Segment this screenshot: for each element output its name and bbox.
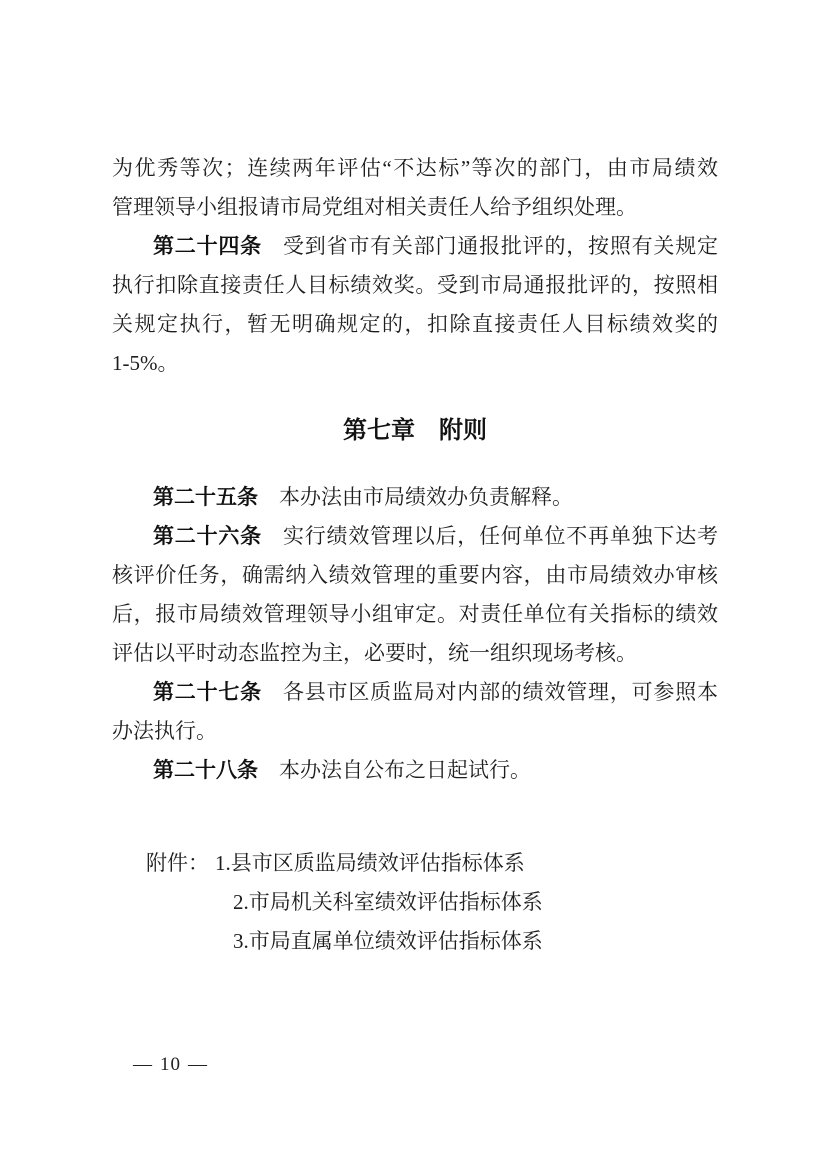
text-line: 管理领导小组报请市局党组对相关责任人给予组织处理。 bbox=[112, 188, 718, 227]
document-body: 为优秀等次；连续两年评估“不达标”等次的部门，由市局绩效 管理领导小组报请市局党… bbox=[0, 0, 718, 961]
article-number: 第二十五条 bbox=[153, 486, 258, 509]
spacer bbox=[112, 450, 718, 478]
text-line: 第二十八条本办法自公布之日起试行。 bbox=[112, 751, 718, 790]
text-line: 1-5%。 bbox=[112, 344, 718, 383]
article-text: 各县市区质监局对内部的绩效管理，可参照本 bbox=[283, 680, 718, 704]
text-line: 评估以平时动态监控为主，必要时，统一组织现场考核。 bbox=[112, 634, 718, 673]
footer-dash-right: — bbox=[188, 1054, 208, 1075]
attachment-item: 2.市局机关科室绩效评估指标体系 bbox=[112, 883, 718, 922]
text-line: 第二十七条各县市区质监局对内部的绩效管理，可参照本 bbox=[112, 673, 718, 712]
attachment-item: 1.县市区质监局绩效评估指标体系 bbox=[215, 851, 525, 875]
chapter-heading: 第七章 附则 bbox=[112, 411, 718, 450]
text-line: 关规定执行，暂无明确规定的，扣除直接责任人目标绩效奖的 bbox=[112, 305, 718, 344]
article-number: 第二十七条 bbox=[153, 681, 262, 704]
attachments-label: 附件： bbox=[146, 851, 209, 875]
article-number: 第二十六条 bbox=[153, 525, 262, 548]
text-line: 第二十四条受到省市有关部门通报批评的，按照有关规定 bbox=[112, 227, 718, 266]
article-number: 第二十四条 bbox=[153, 235, 262, 258]
text-line: 执行扣除直接责任人目标绩效奖。受到市局通报批评的，按照相 bbox=[112, 266, 718, 305]
article-text: 实行绩效管理以后，任何单位不再单独下达考 bbox=[283, 524, 718, 548]
article-number: 第二十八条 bbox=[153, 759, 258, 782]
text-line: 核评价任务，确需纳入绩效管理的重要内容，由市局绩效办审核 bbox=[112, 556, 718, 595]
attachment-item: 3.市局直属单位绩效评估指标体系 bbox=[112, 922, 718, 961]
text-line: 第二十六条实行绩效管理以后，任何单位不再单独下达考 bbox=[112, 517, 718, 556]
text-line: 后，报市局绩效管理领导小组审定。对责任单位有关指标的绩效 bbox=[112, 595, 718, 634]
footer-dash-left: — bbox=[133, 1054, 153, 1075]
article-text: 受到省市有关部门通报批评的，按照有关规定 bbox=[283, 234, 718, 258]
text-line: 第二十五条本办法由市局绩效办负责解释。 bbox=[112, 478, 718, 517]
attachments-line: 附件：1.县市区质监局绩效评估指标体系 bbox=[112, 844, 718, 883]
text-line: 为优秀等次；连续两年评估“不达标”等次的部门，由市局绩效 bbox=[112, 149, 718, 188]
article-text: 本办法自公布之日起试行。 bbox=[279, 758, 531, 782]
spacer bbox=[112, 790, 718, 844]
article-text: 本办法由市局绩效办负责解释。 bbox=[279, 485, 573, 509]
text-line: 办法执行。 bbox=[112, 712, 718, 751]
page: 为优秀等次；连续两年评估“不达标”等次的部门，由市局绩效 管理领导小组报请市局党… bbox=[0, 0, 827, 1169]
page-footer: —10— bbox=[133, 1053, 827, 1077]
page-number: 10 bbox=[160, 1054, 181, 1075]
spacer bbox=[112, 383, 718, 411]
